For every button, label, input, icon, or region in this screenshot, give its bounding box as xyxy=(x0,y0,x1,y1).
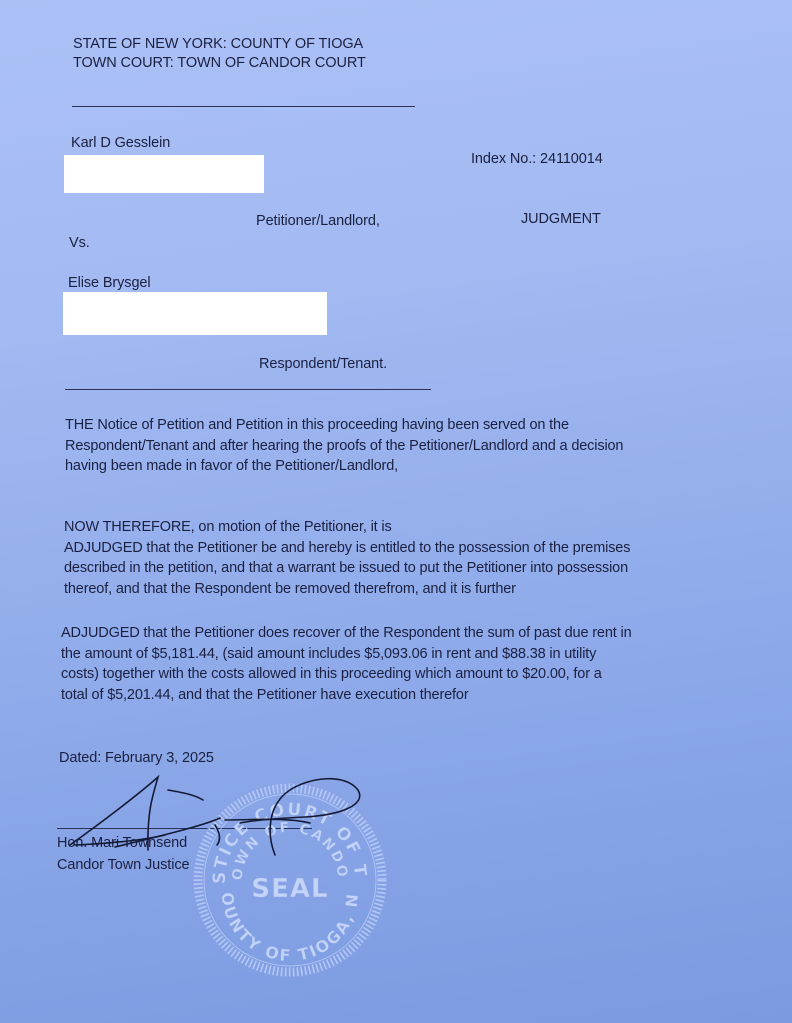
header-divider xyxy=(72,106,415,107)
index-label: Index No.: xyxy=(471,151,536,167)
document-title: JUDGMENT xyxy=(521,211,601,227)
index-number: Index No.: 24110014 xyxy=(471,151,603,167)
court-header-state: STATE OF NEW YORK: COUNTY OF TIOGA xyxy=(73,36,363,52)
caption-divider xyxy=(65,389,431,390)
dated-line: Dated: February 3, 2025 xyxy=(59,750,214,766)
versus-label: Vs. xyxy=(69,235,90,251)
respondent-address-redaction xyxy=(63,292,327,335)
respondent-role: Respondent/Tenant. xyxy=(259,356,387,372)
judge-signature-icon xyxy=(55,765,365,875)
court-header-town: TOWN COURT: TOWN OF CANDOR COURT xyxy=(73,55,366,71)
possession-paragraph: NOW THEREFORE, on motion of the Petition… xyxy=(64,517,630,599)
petitioner-role: Petitioner/Landlord, xyxy=(256,213,380,229)
recital-paragraph: THE Notice of Petition and Petition in t… xyxy=(65,415,623,477)
petitioner-address-redaction xyxy=(64,155,264,193)
money-judgment-paragraph: ADJUDGED that the Petitioner does recove… xyxy=(61,623,632,705)
petitioner-name: Karl D Gesslein xyxy=(71,135,170,151)
respondent-name: Elise Brysgel xyxy=(68,275,151,291)
svg-text:SEAL: SEAL xyxy=(251,874,328,904)
index-value: 24110014 xyxy=(540,151,603,167)
